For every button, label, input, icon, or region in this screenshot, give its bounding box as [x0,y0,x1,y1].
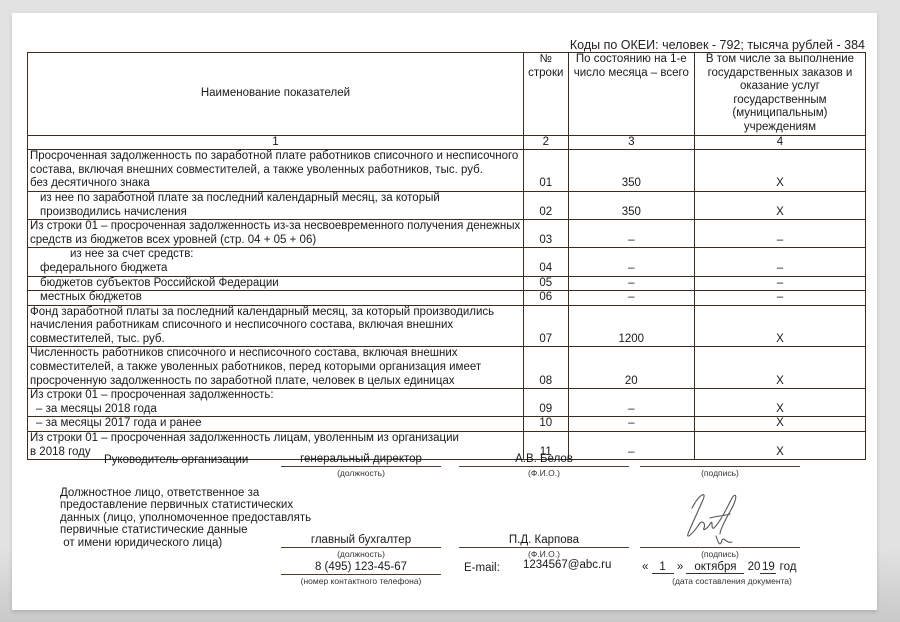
row-label: бюджетов субъектов Российской Федерации [28,276,524,291]
row-value-col3[interactable]: – [568,276,694,291]
column-number: 4 [694,135,865,150]
table-row: Из строки 01 – просроченная задолженност… [28,220,866,248]
responsible-name-field[interactable]: П.Д. Карпова [459,533,629,548]
table-row: бюджетов субъектов Российской Федерации0… [28,276,866,291]
column-number: 2 [523,135,568,150]
date-day-field[interactable]: 1 [652,561,674,574]
row-value-col3[interactable]: 350 [568,150,694,192]
head-position-caption: (должность) [281,468,441,478]
date-open-quote: « [642,561,648,573]
row-value-col4[interactable]: X [694,347,865,389]
table-row: Из строки 01 – просроченная задолженност… [28,389,866,417]
row-label-line: состава, включая внешних совместителей, … [30,164,521,178]
row-label-line: Численность работников списочного и несп… [30,347,521,361]
document-date: « 1 » октября 2019 год [642,561,796,574]
row-label: Из строки 01 – просроченная задолженност… [28,432,524,460]
header-col4: В том числе за выполнение государственны… [694,53,865,136]
row-label-line: бюджетов субъектов Российской Федерации [30,277,521,291]
head-label: Руководитель организации [104,454,248,466]
row-label: Из строки 01 – просроченная задолженност… [28,220,524,248]
row-label-line: производились начисления [30,206,521,220]
date-century: 20 [748,561,761,573]
row-label-line: начисления работникам списочного и неспи… [30,319,521,333]
responsible-label: Должностное лицо, ответственное запредос… [60,487,311,549]
responsible-label-line: первичные статистические данные [60,524,311,536]
statistics-table: Наименование показателей № строки По сос… [27,52,866,460]
row-label-line: просроченную задолженность по заработной… [30,375,521,389]
row-label: Из строки 01 – просроченная задолженност… [28,389,524,417]
row-code: 03 [523,220,568,248]
row-label: из нее по заработной плате за последний … [28,191,524,219]
row-value-col3[interactable]: 350 [568,191,694,219]
header-code: № строки [523,53,568,136]
table-row: из нее за счет средств:федерального бюдж… [28,248,866,276]
responsible-signature-caption: (подпись) [640,549,800,559]
row-label-line: Из строки 01 – просроченная задолженност… [30,220,521,234]
row-label-line: без десятичного знака [30,177,521,191]
phone-caption: (номер контактного телефона) [281,576,441,586]
column-number: 1 [28,135,524,150]
row-value-col4[interactable]: X [694,389,865,417]
row-label: из нее за счет средств:федерального бюдж… [28,248,524,276]
row-code: 09 [523,389,568,417]
row-code: 04 [523,248,568,276]
row-value-col3[interactable]: – [568,220,694,248]
row-label-line: – за месяцы 2017 года и ранее [30,417,521,431]
row-value-col4[interactable]: X [694,305,865,347]
row-code: 02 [523,191,568,219]
head-signature-field[interactable] [640,452,800,467]
responsible-position-field[interactable]: главный бухгалтер [281,533,441,548]
header-col3: По состоянию на 1-е число месяца – всего [568,53,694,136]
row-value-col3[interactable]: – [568,291,694,306]
row-label: местных бюджетов [28,291,524,306]
row-code: 01 [523,150,568,192]
responsible-label-line: предоставление первичных статистических [60,499,311,511]
date-year-word: год [780,561,797,573]
table-row: местных бюджетов06–– [28,291,866,306]
row-code: 05 [523,276,568,291]
email-value[interactable]: 1234567@abc.ru [523,559,611,571]
table-row: из нее по заработной плате за последний … [28,191,866,219]
date-year-field[interactable]: 19 [760,561,776,574]
row-label: Фонд заработной платы за последний кален… [28,305,524,347]
row-label-line: средств из бюджетов всех уровней (стр. 0… [30,234,521,248]
responsible-label-line: Должностное лицо, ответственное за [60,487,311,499]
row-code: 06 [523,291,568,306]
row-label-line: совместителей, а также уволенных работни… [30,361,521,375]
table-header-row: Наименование показателей № строки По сос… [28,53,866,136]
responsible-name-caption: (Ф.И.О.) [459,549,629,559]
row-label-line: из нее за счет средств: [30,248,521,262]
responsible-signature-field[interactable] [640,533,800,548]
row-label-line: Из строки 01 – просроченная задолженност… [30,389,521,403]
head-name-caption: (Ф.И.О.) [459,468,629,478]
row-value-col3[interactable]: – [568,248,694,276]
row-label-line: Фонд заработной платы за последний кален… [30,306,521,320]
row-code: 10 [523,417,568,432]
row-value-col4[interactable]: X [694,150,865,192]
email-label: E-mail: [464,562,500,574]
row-value-col4[interactable]: – [694,248,865,276]
row-label: – за месяцы 2017 года и ранее [28,417,524,432]
header-name: Наименование показателей [28,53,524,136]
date-month-field[interactable]: октября [686,561,744,574]
row-value-col4[interactable]: – [694,220,865,248]
responsible-label-line: данных (лицо, уполномоченное предоставля… [60,512,311,524]
row-label-line: Из строки 01 – просроченная задолженност… [30,432,521,446]
row-code: 08 [523,347,568,389]
row-label-line: Просроченная задолженность по заработной… [30,150,521,164]
column-number-row: 1 2 3 4 [28,135,866,150]
responsible-label-line: от имени юридического лица) [60,537,311,549]
column-number: 3 [568,135,694,150]
row-label: Численность работников списочного и несп… [28,347,524,389]
row-label-line: федерального бюджета [30,262,521,276]
date-caption: (дата составления документа) [652,576,812,586]
row-value-col4[interactable]: – [694,276,865,291]
table-row: – за месяцы 2017 года и ранее10–X [28,417,866,432]
head-signature-caption: (подпись) [640,468,800,478]
row-label-line: местных бюджетов [30,291,521,305]
table-row: Численность работников списочного и несп… [28,347,866,389]
table-body: Просроченная задолженность по заработной… [28,150,866,460]
responsible-position-caption: (должность) [281,549,441,559]
row-code: 07 [523,305,568,347]
row-value-col3[interactable]: 20 [568,347,694,389]
head-position-field[interactable]: генеральный директор [281,452,441,467]
row-value-col4[interactable]: X [694,191,865,219]
row-value-col3[interactable]: – [568,417,694,432]
okei-codes: Коды по ОКЕИ: человек - 792; тысяча рубл… [570,38,865,52]
table-row: Просроченная задолженность по заработной… [28,150,866,192]
row-label-line: совместителей, тыс. руб. [30,333,521,347]
table-row: Фонд заработной платы за последний кален… [28,305,866,347]
row-value-col4[interactable]: X [694,417,865,432]
date-close-quote: » [677,561,683,573]
row-value-col4[interactable]: – [694,291,865,306]
row-label: Просроченная задолженность по заработной… [28,150,524,192]
phone-field[interactable]: 8 (495) 123-45-67 [281,560,441,575]
row-label-line: из нее по заработной плате за последний … [30,192,521,206]
row-label-line: – за месяцы 2018 года [30,403,521,417]
row-value-col3[interactable]: 1200 [568,305,694,347]
form-page: Коды по ОКЕИ: человек - 792; тысяча рубл… [12,13,877,610]
head-name-field[interactable]: А.В. Белов [459,452,629,467]
row-value-col3[interactable]: – [568,389,694,417]
